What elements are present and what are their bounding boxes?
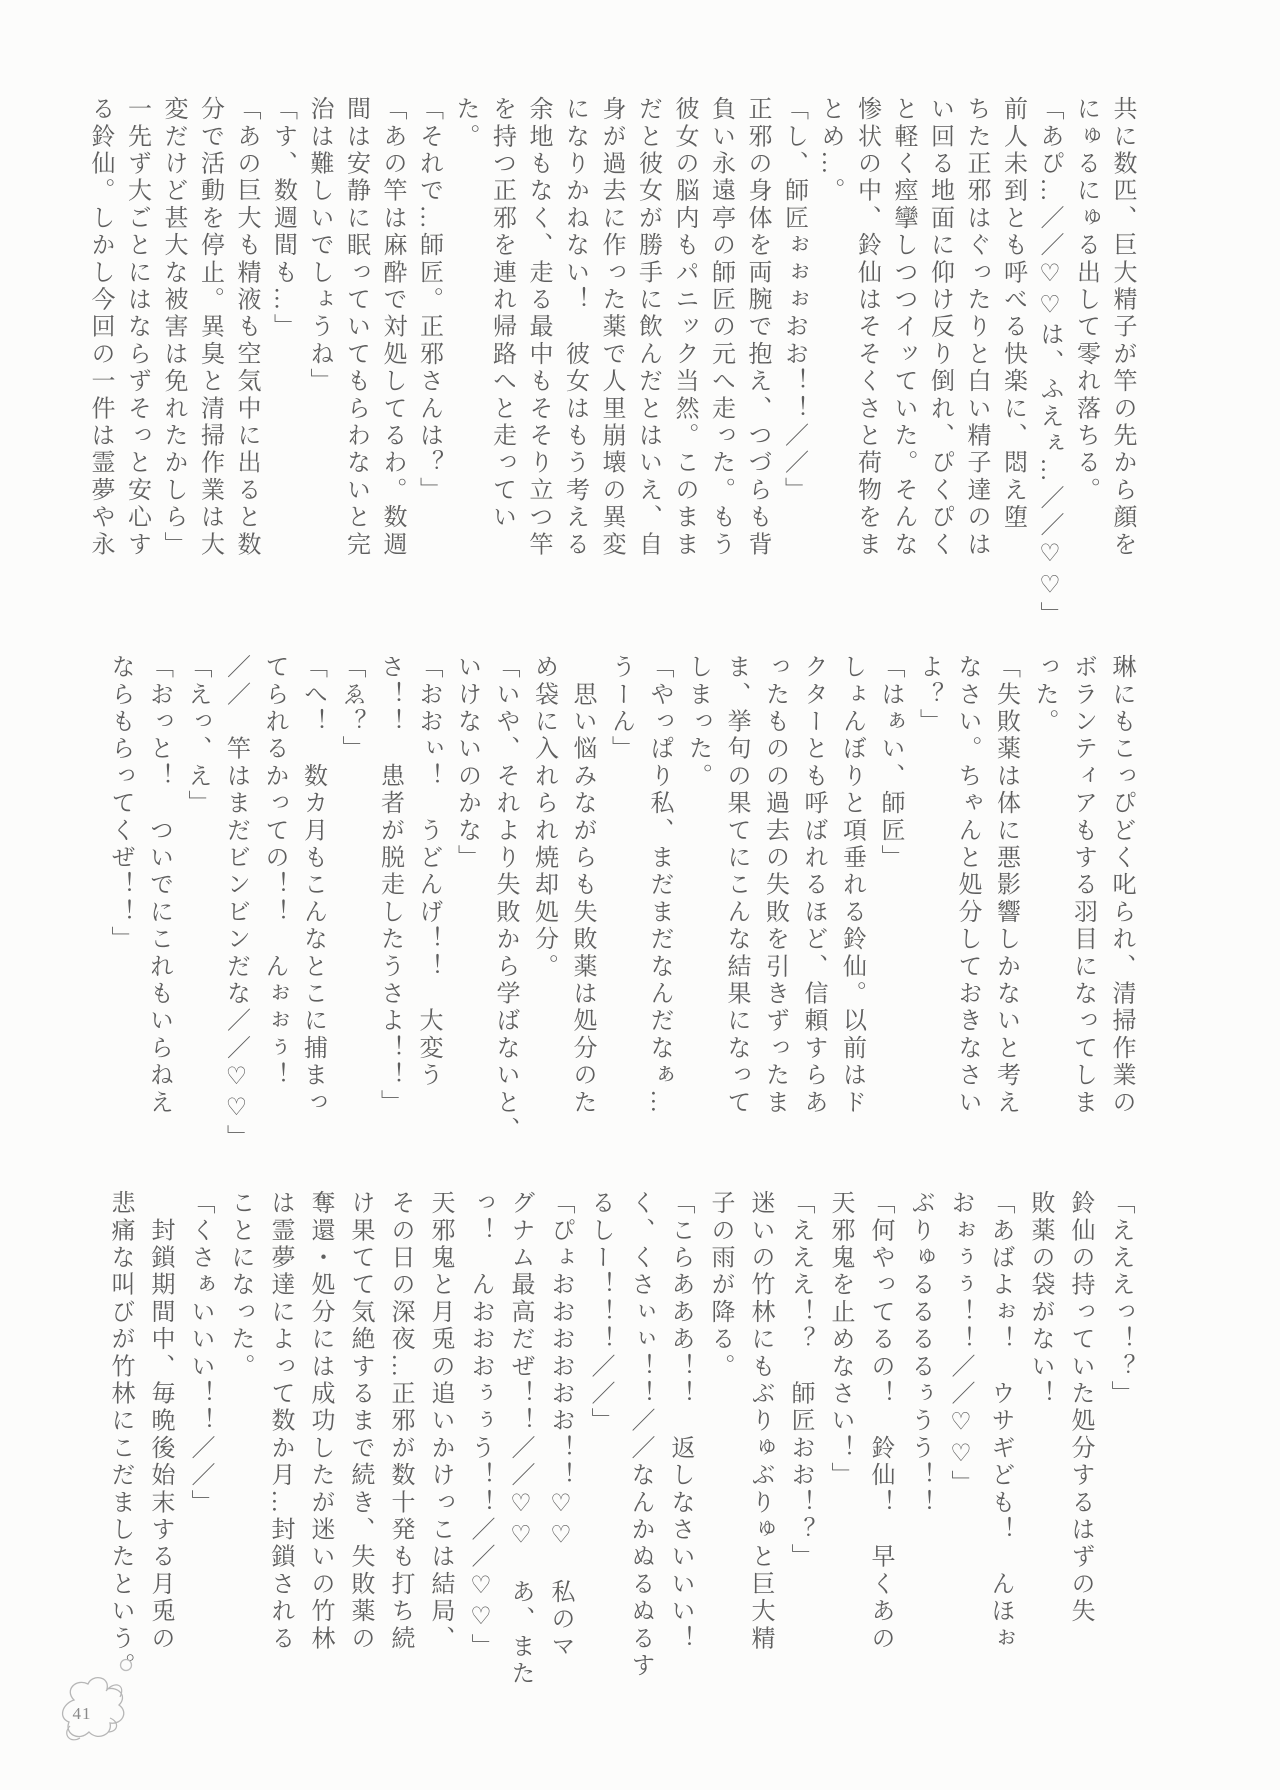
text-column: 惨状の中、鈴仙はそそくさと荷物をま <box>848 96 885 578</box>
doodle-foot <box>67 1726 80 1740</box>
text-column: 思い悩みながらも失敗薬は処分のた <box>563 654 602 1130</box>
text-column: クターとも呼ばれるほど、信頼すらあ <box>794 654 833 1130</box>
text-column: 奪還・処分には成功したが迷いの竹林 <box>300 1190 340 1712</box>
page-number: 41 <box>60 1704 104 1724</box>
text-column: 「えええ！？ 師匠おお！？」 <box>780 1190 820 1712</box>
text-column: 余地もなく、走る最中もそそり立つ竿 <box>520 96 557 578</box>
text-column: っ！ んおおおぅぅう！！／／♡♡」 <box>460 1190 500 1712</box>
text-column: は霊夢達によって数か月…封鎖される <box>260 1190 300 1712</box>
text-column: 「し、師匠ぉぉぉおお！！／／」 <box>775 96 812 578</box>
text-column: よ？」 <box>909 654 948 1130</box>
text-column: 子の雨が降る。 <box>700 1190 740 1712</box>
text-column: と軽く痙攣しつつイッていた。そんな <box>885 96 922 578</box>
text-column: 「それで…師匠。正邪さんは？」 <box>410 96 447 578</box>
text-column: ／／ 竿はまだビンビンだな／／♡♡」 <box>216 654 255 1130</box>
text-column: 迷いの竹林にもぶりゅぶりゅと巨大精 <box>740 1190 780 1712</box>
text-column: ま、挙句の果てにこんな結果になって <box>717 654 756 1130</box>
text-column: け果てて気絶するまで続き、失敗薬の <box>340 1190 380 1712</box>
text-column: ぶりゅるるるるぅうう！！ <box>900 1190 940 1712</box>
text-column: 「あの巨大も精液も空気中に出ると数 <box>228 96 265 578</box>
text-band-top: 共に数匹、巨大精子が竿の先から顔をにゅるにゅる出して零れ落ちる。「あぴ…／／♡♡… <box>82 96 1141 578</box>
text-column: 身が過去に作った薬で人里崩壊の異変 <box>593 96 630 578</box>
text-column: 「あばよぉ！ ウサギども！ んほぉ <box>980 1190 1020 1712</box>
text-column: なさい。ちゃんと処分しておきなさい <box>948 654 987 1130</box>
text-column: 悲痛な叫びが竹林にこだましたという。 <box>100 1190 140 1712</box>
text-band-middle: 琳にもこっぴどく叱られ、清掃作業のボランティアもする羽目になってしまった。「失敗… <box>101 654 1141 1130</box>
text-column: おぉぅぅ！！／／♡♡」 <box>940 1190 980 1712</box>
text-column: 間は安静に眠っていてもらわないと完 <box>337 96 374 578</box>
text-column: 封鎖期間中、毎晩後始末する月兎の <box>140 1190 180 1712</box>
text-column: てられるかっての！！ んぉぉぅ！ <box>255 654 294 1130</box>
text-column: 「はぁい、師匠」 <box>871 654 910 1130</box>
text-column: ことになった。 <box>220 1190 260 1712</box>
text-column: 「あぴ…／／♡♡は、ふえぇ…／／♡♡」 <box>1031 96 1068 578</box>
text-column: ちた正邪はぐったりと白い精子達のは <box>958 96 995 578</box>
text-column: いけないのかな」 <box>447 654 486 1130</box>
text-column: 「ぴょおおおおおお！！♡♡ 私のマ <box>540 1190 580 1712</box>
text-column: になりかねない！ 彼女はもう考える <box>556 96 593 578</box>
text-column: い回る地面に仰け反り倒れ、ぴくぴく <box>921 96 958 578</box>
text-column: しまった。 <box>678 654 717 1130</box>
text-column: 前人未到とも呼べる快楽に、悶え堕 <box>994 96 1031 578</box>
text-column: 負い永遠亭の師匠の元へ走った。もう <box>702 96 739 578</box>
text-column: るしー！！！／／」 <box>580 1190 620 1712</box>
text-column: 「おおぃ！ うどんげ！！ 大変う <box>409 654 448 1130</box>
text-column: 「やっぱり私、まだまだなんだなぁ… <box>640 654 679 1130</box>
text-column: 一先ず大ごとにはならずそっと安心す <box>118 96 155 578</box>
text-column: ボランティアもする羽目になってしま <box>1063 654 1102 1130</box>
text-column: 分で活動を停止。異臭と清掃作業は大 <box>191 96 228 578</box>
text-column: だと彼女が勝手に飲んだとはいえ、自 <box>629 96 666 578</box>
text-column: グナム最高だぜ！！／／♡♡ あ、また <box>500 1190 540 1712</box>
text-column: 「くさぁいいい！！／／」 <box>180 1190 220 1712</box>
text-column: った。 <box>1025 654 1064 1130</box>
text-column: さ！！ 患者が脱走したうさよ！！」 <box>370 654 409 1130</box>
text-column: 敗薬の袋がない！ <box>1020 1190 1060 1712</box>
text-column: 「えっ、え」 <box>178 654 217 1130</box>
text-column: 正邪の身体を両腕で抱え、つづらも背 <box>739 96 776 578</box>
page-number-area: 41 <box>36 1652 146 1767</box>
text-column: く、くさぃぃ！！／／なんかぬるぬるす <box>620 1190 660 1712</box>
text-column: た。 <box>447 96 484 578</box>
text-column: 琳にもこっぴどく叱られ、清掃作業の <box>1102 654 1141 1130</box>
text-column: 「何やってるの！ 鈴仙！ 早くあの <box>860 1190 900 1712</box>
text-column: る鈴仙。しかし今回の一件は霊夢や永 <box>82 96 119 578</box>
text-column: うーん」 <box>601 654 640 1130</box>
text-column: を持つ正邪を連れ帰路へと走ってい <box>483 96 520 578</box>
text-column: しょんぼりと項垂れる鈴仙。以前はド <box>832 654 871 1130</box>
text-column: め袋に入れられ焼却処分。 <box>524 654 563 1130</box>
doodle-circle <box>121 1660 132 1671</box>
text-column: 「ゑ？」 <box>332 654 371 1130</box>
text-band-bottom: 「えええっ！？」鈴仙の持っていた処分するはずの失敗薬の袋がない！「あばよぉ！ ウ… <box>100 1190 1140 1712</box>
text-column: 治は難しいでしょうね」 <box>301 96 338 578</box>
text-column: 「おっと！ ついでにこれもいらねえ <box>139 654 178 1130</box>
text-column: 「えええっ！？」 <box>1100 1190 1140 1712</box>
text-column: 彼女の脳内もパニック当然。このまま <box>666 96 703 578</box>
text-column: とめ…。 <box>812 96 849 578</box>
text-column: その日の深夜…正邪が数十発も打ち続 <box>380 1190 420 1712</box>
text-column: 天邪鬼と月兎の追いかけっこは結局、 <box>420 1190 460 1712</box>
text-column: 「こらあああ！！ 返しなさいいい！ <box>660 1190 700 1712</box>
text-column: 「へ！ 数カ月もこんなとこに捕まっ <box>293 654 332 1130</box>
text-column: 天邪鬼を止めなさい！」 <box>820 1190 860 1712</box>
text-column: 「いや、それより失敗から学ばないと、 <box>486 654 525 1130</box>
text-column: にゅるにゅる出して零れ落ちる。 <box>1067 96 1104 578</box>
novel-page: 共に数匹、巨大精子が竿の先から顔をにゅるにゅる出して零れ落ちる。「あぴ…／／♡♡… <box>0 0 1280 1790</box>
text-column: 「失敗薬は体に悪影響しかないと考え <box>986 654 1025 1130</box>
text-column: ならもらってくぜ！！」 <box>101 654 140 1130</box>
text-column: ったものの過去の失敗を引きずったま <box>755 654 794 1130</box>
text-column: 「す、数週間も…」 <box>264 96 301 578</box>
text-column: 「あの竿は麻酔で対処してるわ。数週 <box>374 96 411 578</box>
text-column: 共に数匹、巨大精子が竿の先から顔を <box>1104 96 1141 578</box>
text-column: 鈴仙の持っていた処分するはずの失 <box>1060 1190 1100 1712</box>
text-column: 変だけど甚大な被害は免れたかしら」 <box>155 96 192 578</box>
